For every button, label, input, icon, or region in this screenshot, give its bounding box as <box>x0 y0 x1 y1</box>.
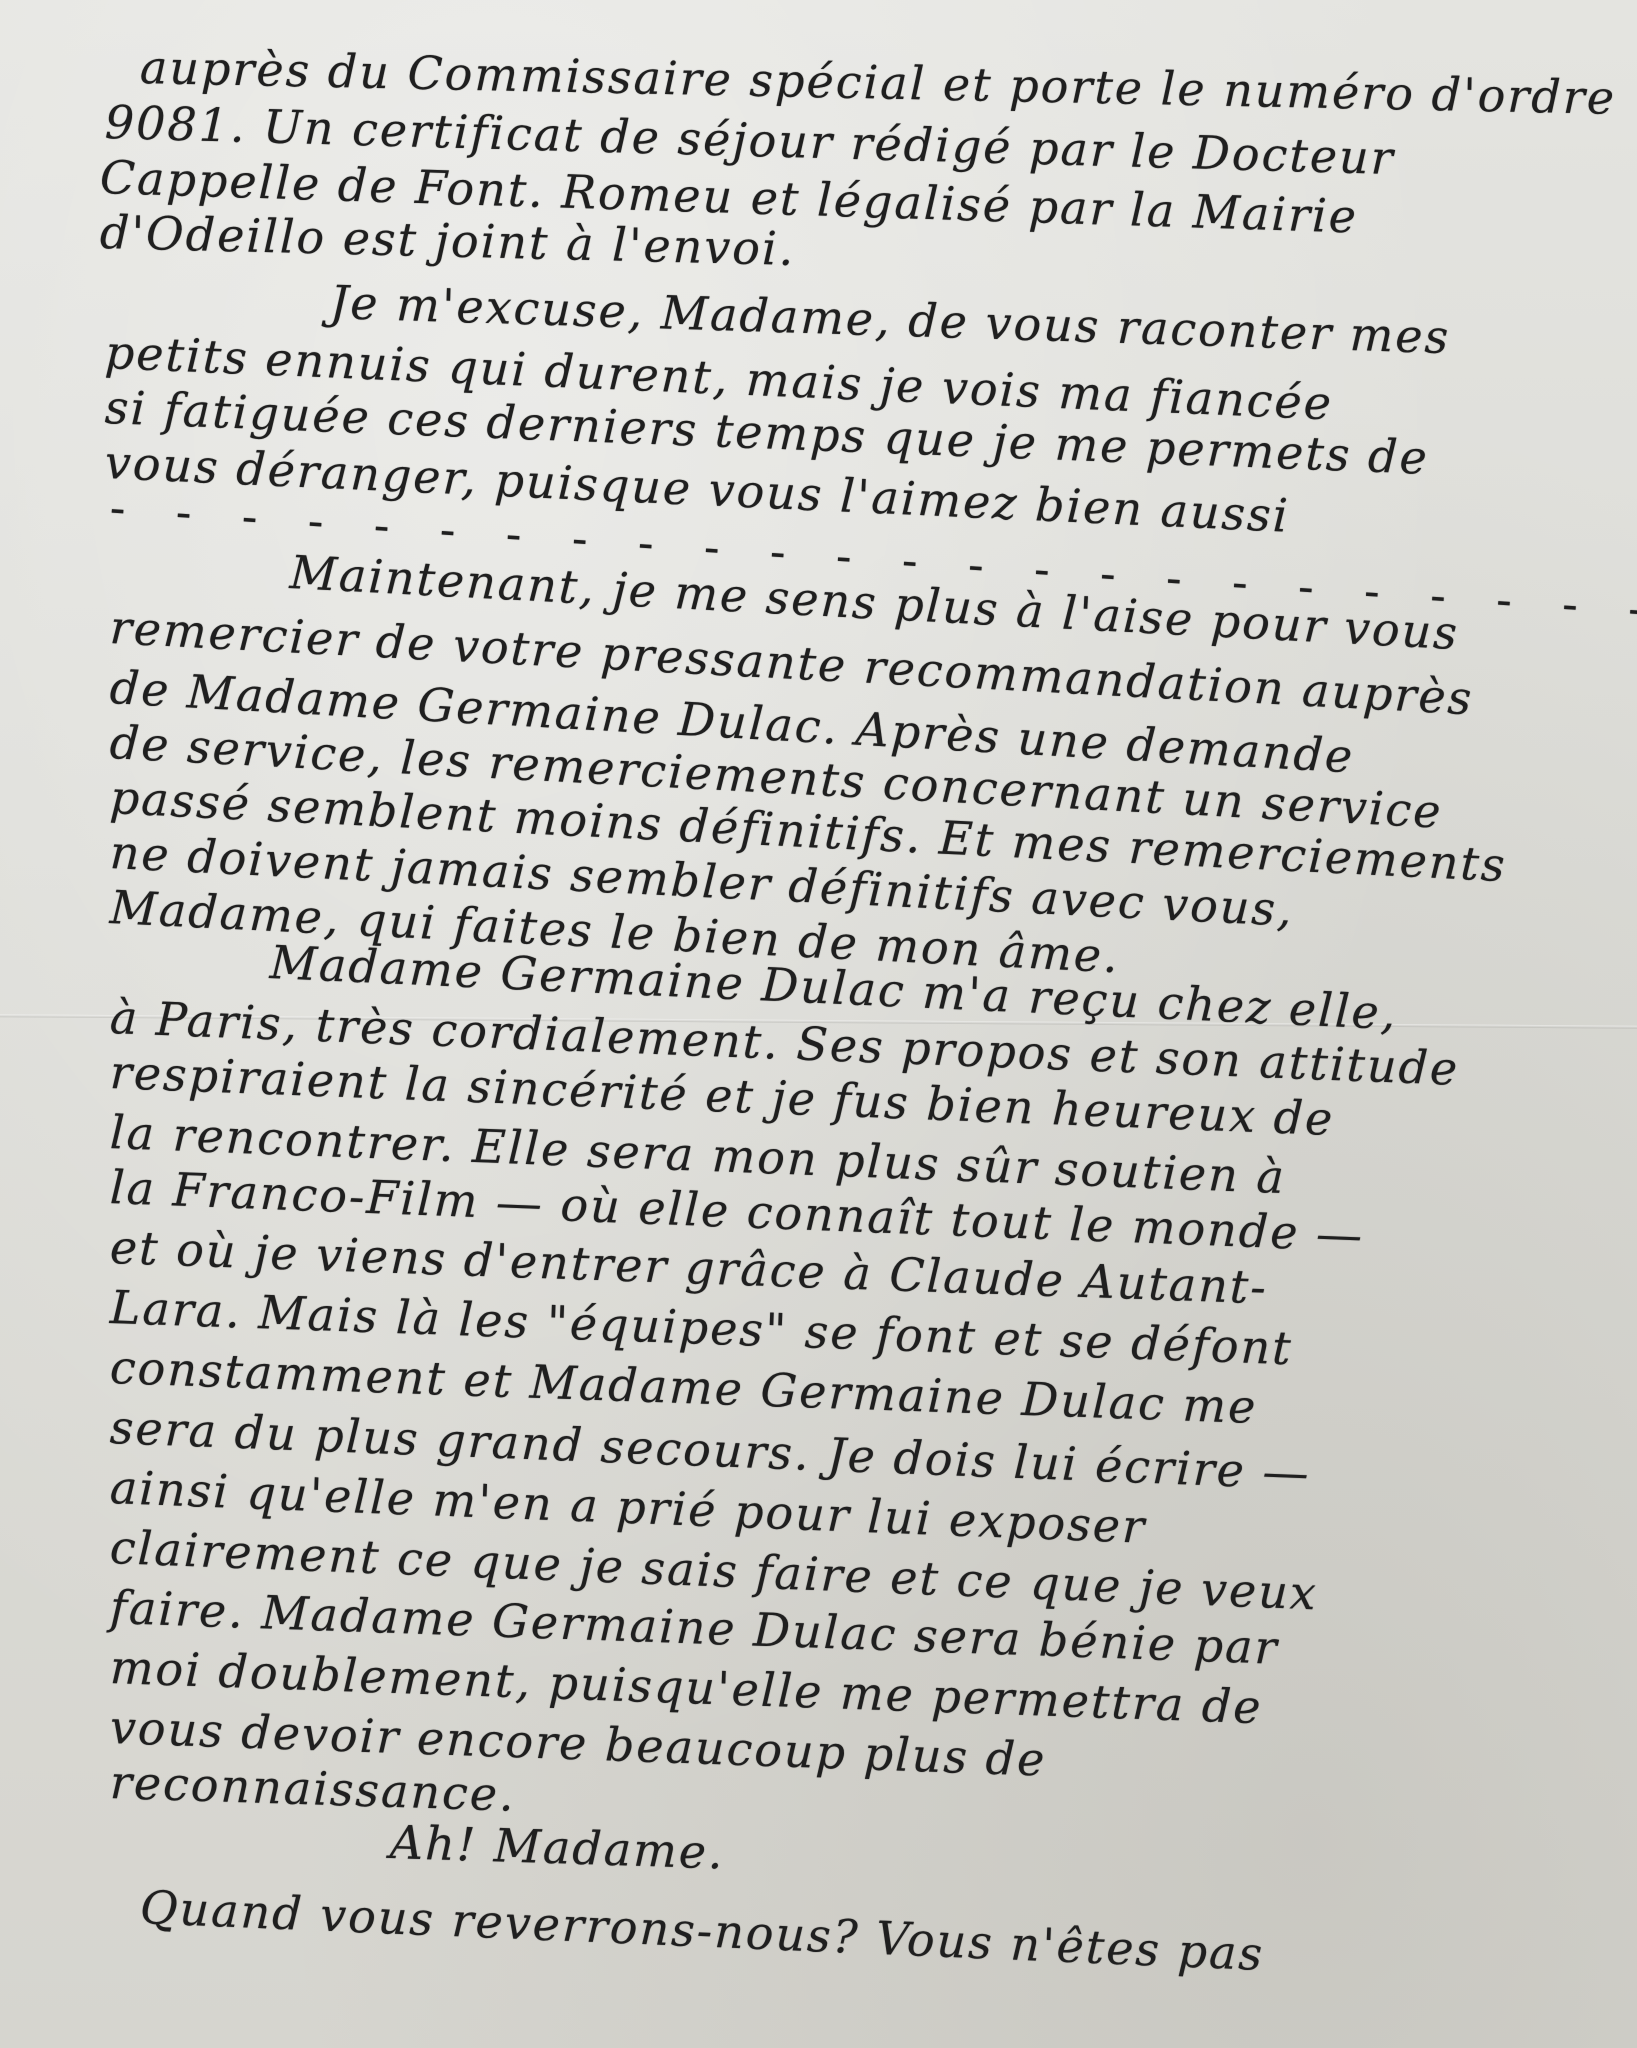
handwritten-line: Ah! Madame. <box>389 1815 725 1879</box>
handwritten-line: reconnaissance. <box>109 1755 516 1822</box>
handwritten-line: Quand vous reverrons-nous? Vous n'êtes p… <box>139 1880 1265 1981</box>
letter-page: auprès du Commissaire spécial et porte l… <box>0 0 1637 2048</box>
